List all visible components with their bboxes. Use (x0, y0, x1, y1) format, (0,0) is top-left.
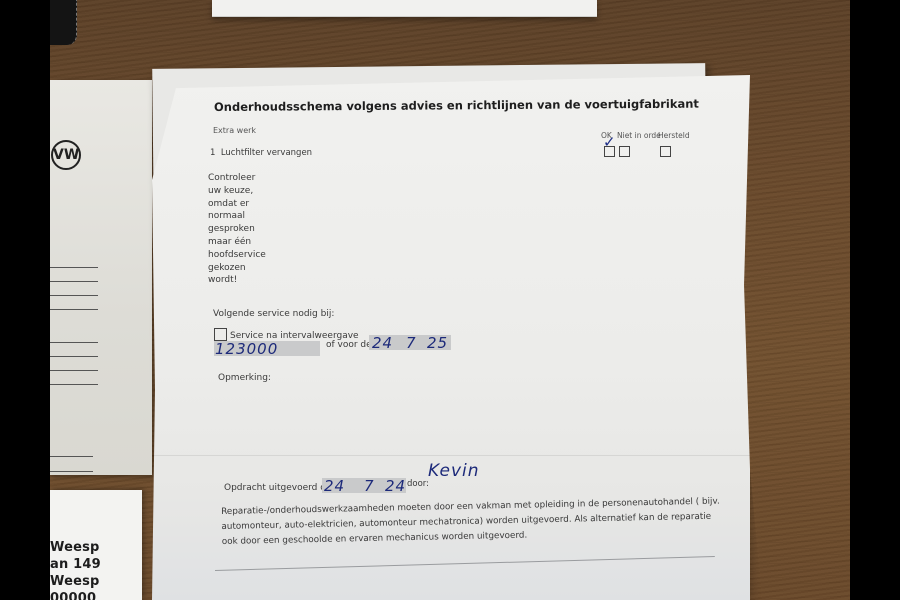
letterbox-left (0, 0, 50, 600)
booklet-line (50, 267, 98, 268)
note-line: normaal (208, 210, 288, 223)
choice-note: Controleer uw keuze, omdat er normaal ge… (208, 172, 288, 287)
vw-booklet: VW (50, 80, 152, 475)
note-line: gesproken (208, 223, 288, 236)
booklet-line (50, 342, 98, 343)
next-date-month: 7 (406, 334, 417, 352)
executed-date-day: 24 (324, 477, 345, 495)
letterbox-right (850, 0, 900, 600)
leather-wallet (50, 0, 77, 45)
booklet-line (50, 309, 98, 310)
or-before-label: of voor de (326, 340, 372, 350)
mileage-value: 123000 (215, 340, 278, 358)
vw-logo-icon: VW (51, 140, 81, 170)
dealer-card: Weesp an 149 Weesp 00000 (50, 490, 142, 600)
next-date-day: 24 (372, 334, 393, 352)
card-line: Weesp (50, 574, 100, 589)
status-header-hersteld: Hersteld (658, 131, 690, 140)
next-date-year: 25 (427, 334, 448, 352)
booklet-line (50, 356, 98, 357)
signature: Kevin (428, 461, 480, 481)
booklet-line (50, 456, 93, 457)
note-line: omdat er (208, 198, 288, 211)
item-number: 1 (210, 148, 215, 158)
note-line: wordt! (208, 274, 288, 287)
booklet-line (50, 281, 98, 282)
note-line: uw keuze, (208, 185, 288, 198)
white-box (212, 0, 597, 17)
booklet-line (50, 384, 98, 385)
executed-label: Opdracht uitgevoerd op: (224, 483, 335, 493)
executed-date-year: 24 (385, 477, 406, 495)
note-line: gekozen (208, 262, 288, 275)
booklet-line (50, 471, 93, 472)
status-header-niet-in-orde: Niet in orde (617, 131, 661, 140)
booklet-line (50, 295, 98, 296)
booklet-line (50, 370, 98, 371)
checkmark-icon: ✓ (603, 133, 616, 151)
card-line: an 149 (50, 557, 101, 572)
item-1-niet-in-orde-checkbox[interactable] (619, 146, 630, 157)
remark-label: Opmerking: (218, 373, 271, 383)
note-line: hoofdservice (208, 249, 288, 262)
card-line: Weesp (50, 540, 100, 555)
note-line: Controleer (208, 172, 288, 185)
item-1-hersteld-checkbox[interactable] (660, 146, 671, 157)
item-1-line: 1 Luchtfilter vervangen (210, 148, 312, 158)
section-label: Extra werk (213, 126, 256, 135)
card-line: 00000 (50, 591, 96, 600)
by-label: door: (407, 479, 429, 489)
next-service-label: Volgende service nodig bij: (213, 309, 334, 319)
paper-fold (152, 455, 750, 456)
note-line: maar één (208, 236, 288, 249)
item-label: Luchtfilter vervangen (221, 148, 312, 158)
executed-date-month: 7 (364, 477, 375, 495)
